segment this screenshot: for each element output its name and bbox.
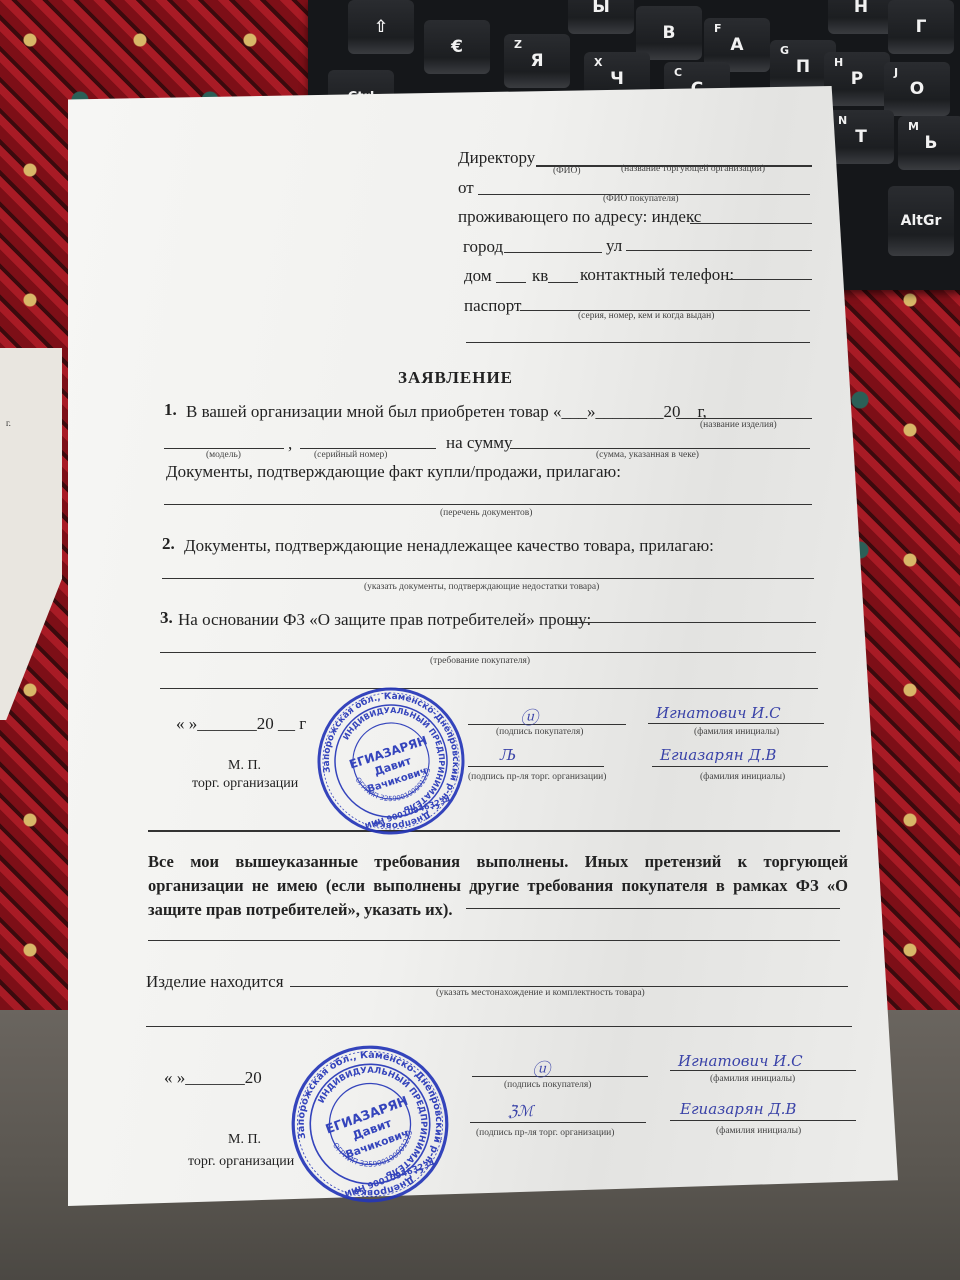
seller-signature-field-2[interactable] <box>470 1122 646 1123</box>
passport-field-2[interactable] <box>466 342 810 343</box>
purchase-docs-field[interactable] <box>164 504 812 505</box>
postcode-field[interactable] <box>690 223 812 224</box>
defect-docs-caption: (указать документы, подтверждающие недос… <box>364 582 599 592</box>
company-stamp-2: Запорожская обл., Каменско-Днепровский р… <box>290 1044 450 1204</box>
buyer-name-caption-2: (фамилия инициалы) <box>710 1074 795 1084</box>
date-line-1: « »_______20 __ г <box>176 714 306 734</box>
section-1-text: В вашей организации мной был приобретен … <box>186 402 707 422</box>
side-paper-text: г. <box>6 418 11 428</box>
street-field[interactable] <box>626 250 812 251</box>
seller-signature-1: Љ <box>500 746 516 764</box>
purchase-docs-label: Документы, подтверждающие факт купли/про… <box>166 462 621 482</box>
passport-label: паспорт <box>464 296 522 316</box>
street-label: ул <box>606 236 622 256</box>
closing-paragraph: Все мои вышеуказанные требования выполне… <box>148 850 848 922</box>
model-field[interactable] <box>164 448 284 449</box>
seller-name-field-1[interactable] <box>652 766 828 767</box>
comma: , <box>288 434 292 454</box>
keyboard-key: ЯZ <box>504 34 570 88</box>
keyboard-key: ТN <box>828 110 894 164</box>
buyer-name-handwritten-1: Игнатович И.С <box>656 704 781 722</box>
buyer-name-field-1[interactable] <box>648 723 824 724</box>
seller-name-caption-2: (фамилия инициалы) <box>716 1126 801 1136</box>
product-name-caption: (название изделия) <box>700 420 777 430</box>
passport-caption: (серия, номер, кем и когда выдан) <box>578 311 714 321</box>
keyboard-key: РH <box>824 52 890 106</box>
claim-form: Директору (ФИО) (название торгующей орга… <box>68 86 898 1206</box>
section-2-text: Документы, подтверждающие ненадлежащее к… <box>184 536 714 556</box>
seller-name-field-2[interactable] <box>670 1120 856 1121</box>
buyer-signature-caption-2: (подпись покупателя) <box>504 1080 591 1090</box>
document-title: ЗАЯВЛЕНИЕ <box>398 368 513 388</box>
purchase-docs-caption: (перечень документов) <box>440 508 532 518</box>
apartment-field[interactable] <box>548 282 578 283</box>
buyer-signature-2: ⓤ <box>532 1056 550 1082</box>
from-label: от <box>458 178 474 198</box>
keyboard-key: ЬM <box>898 116 960 170</box>
mp-org-label-1: торг. организации <box>192 776 298 792</box>
defect-docs-field[interactable] <box>162 578 814 579</box>
product-name-field[interactable] <box>676 418 812 419</box>
keyboard-key: ⇧ <box>348 0 414 54</box>
address-label: проживающего по адресу: индекс <box>458 207 701 227</box>
buyer-signature-caption-1: (подпись покупателя) <box>496 727 583 737</box>
phone-label: контактный телефон: <box>580 265 734 285</box>
phone-field[interactable] <box>728 279 812 280</box>
seller-signature-field-1[interactable] <box>468 766 604 767</box>
seller-signature-caption-1: (подпись пр-ля торг. организации) <box>468 772 606 782</box>
other-demands-field-2[interactable] <box>148 940 840 941</box>
buyer-signature-field-1[interactable] <box>468 724 626 725</box>
section-2-number: 2. <box>162 534 175 554</box>
buyer-name-caption-1: (фамилия инициалы) <box>694 727 779 737</box>
other-demands-field[interactable] <box>466 908 840 909</box>
mp-org-label-2: торг. организации <box>188 1154 294 1170</box>
city-label: город <box>463 237 503 257</box>
section-1-number: 1. <box>164 400 177 420</box>
item-location-label: Изделие находится <box>146 972 284 992</box>
section-3-number: 3. <box>160 608 173 628</box>
seller-name-caption-1: (фамилия инициалы) <box>700 772 785 782</box>
demand-caption: (требование покупателя) <box>430 656 530 666</box>
mp-label-2: М. П. <box>228 1132 261 1148</box>
seller-signature-caption-2: (подпись пр-ля торг. организации) <box>476 1128 614 1138</box>
sum-label: на сумму <box>446 433 513 453</box>
sum-caption: (сумма, указанная в чеке) <box>596 450 699 460</box>
section-3-text: На основании ФЗ «О защите прав потребите… <box>178 610 591 630</box>
section-divider <box>148 830 840 832</box>
director-label: Директору <box>458 148 535 168</box>
sum-field[interactable] <box>510 448 810 449</box>
item-location-caption: (указать местонахождение и комплектность… <box>436 988 645 998</box>
keyboard-key: Г <box>888 0 954 54</box>
item-location-field-2[interactable] <box>146 1026 852 1027</box>
director-caption-org: (название торгующей организации) <box>621 164 765 174</box>
buyer-signature-field-2[interactable] <box>472 1076 648 1077</box>
date-line-2: « »_______20 <box>164 1068 262 1088</box>
mp-label-1: М. П. <box>228 758 261 774</box>
city-field[interactable] <box>504 252 602 253</box>
demand-field[interactable] <box>568 622 816 623</box>
keyboard-key: Н <box>828 0 894 34</box>
demand-field-2[interactable] <box>160 652 816 653</box>
serial-number-field[interactable] <box>300 448 436 449</box>
buyer-name-handwritten-2: Игнатович И.С <box>678 1052 803 1070</box>
seller-name-handwritten-2: Егиазарян Д.В <box>680 1100 796 1118</box>
company-stamp-1: Запорожская обл., Каменско-Днепровский р… <box>316 686 466 836</box>
keyboard-key: AltGr <box>888 186 954 256</box>
keyboard-key: ОJ <box>884 62 950 116</box>
house-label: дом <box>464 266 492 286</box>
keyboard-key: Ы <box>568 0 634 34</box>
model-caption: (модель) <box>206 450 241 460</box>
serial-number-caption: (серийный номер) <box>314 450 387 460</box>
director-caption-fio: (ФИО) <box>553 166 581 176</box>
apartment-label: кв <box>532 266 548 286</box>
house-field[interactable] <box>496 282 526 283</box>
item-location-field[interactable] <box>290 986 848 987</box>
seller-name-handwritten-1: Егиазарян Д.В <box>660 746 776 764</box>
buyer-name-field-2[interactable] <box>670 1070 856 1071</box>
from-caption: (ФИО покупателя) <box>603 194 679 204</box>
keyboard-key: € <box>424 20 490 74</box>
demand-field-3[interactable] <box>160 688 818 689</box>
seller-signature-2: ℨℳ <box>508 1102 533 1120</box>
